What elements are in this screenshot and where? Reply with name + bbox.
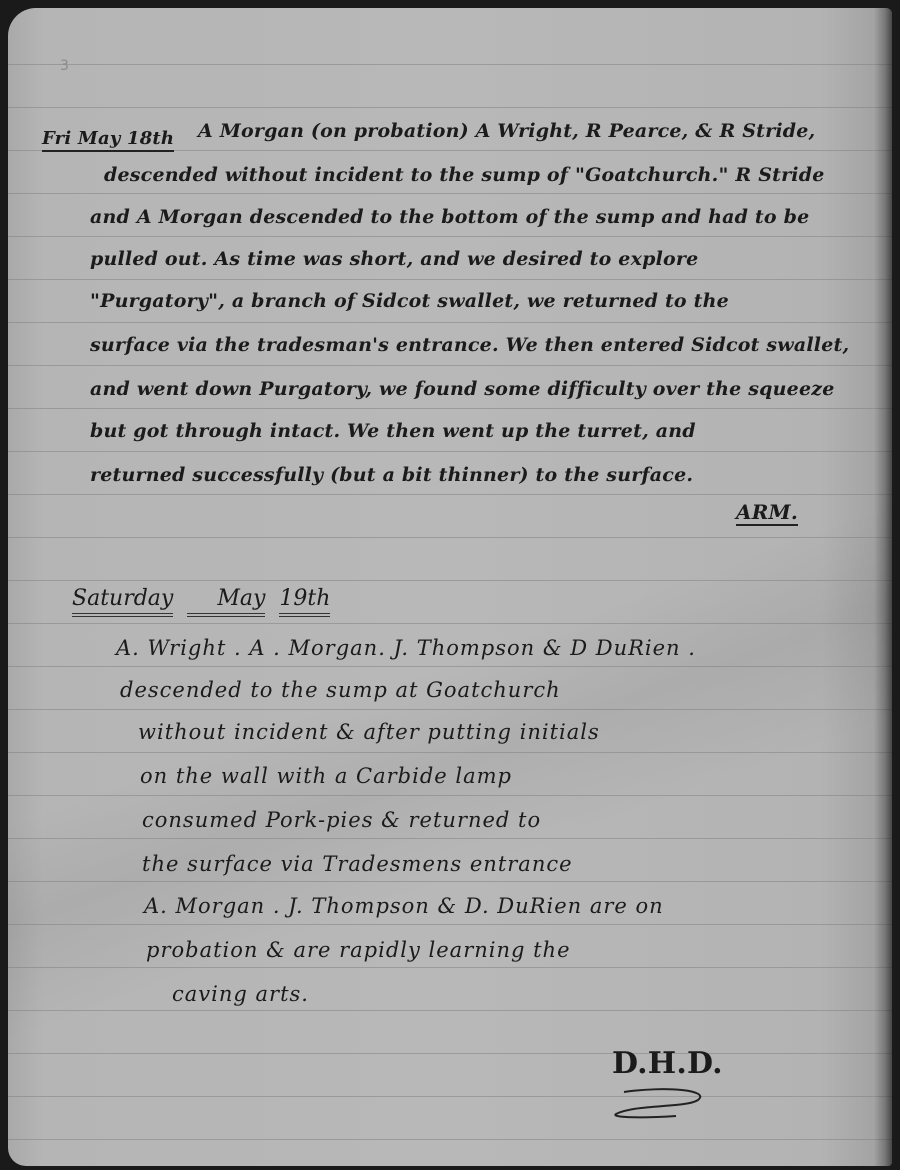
entry-2-line-4: on the wall with a Carbide lamp — [140, 764, 512, 788]
entry-2-line-1: A. Wright . A . Morgan. J. Thompson & D … — [116, 636, 696, 660]
entry-1-date: Fri May 18th — [42, 128, 174, 152]
entry-2-line-3: without incident & after putting initial… — [138, 720, 600, 744]
entry-2-line-7: A. Morgan . J. Thompson & D. DuRien are … — [144, 894, 664, 918]
entry-1-line-6: surface via the tradesman's entrance. We… — [90, 334, 849, 356]
entry-1-line-9: returned successfully (but a bit thinner… — [90, 464, 693, 486]
entry-1-line-3: and A Morgan descended to the bottom of … — [90, 206, 809, 228]
notebook-page: 3 Fri May 18th A Morgan (on probation) A… — [8, 8, 892, 1166]
entry-1-line-4: pulled out. As time was short, and we de… — [90, 248, 698, 270]
entry-2-date: Saturday May 19th — [72, 586, 330, 617]
entry-2-line-9: caving arts. — [172, 982, 309, 1006]
entry-2-date-month: May — [187, 586, 265, 617]
entry-1-line-5: "Purgatory", a branch of Sidcot swallet,… — [90, 290, 729, 312]
page-edge-shadow — [874, 8, 892, 1166]
entry-1-line-8: but got through intact. We then went up … — [90, 420, 696, 442]
entry-2-line-5: consumed Pork-pies & returned to — [142, 808, 541, 832]
entry-2-date-day: Saturday — [72, 586, 173, 617]
entry-1-signature: ARM. — [736, 500, 798, 526]
page-number: 3 — [60, 58, 69, 74]
entry-2-date-number: 19th — [279, 586, 330, 617]
entry-1-line-1: A Morgan (on probation) A Wright, R Pear… — [198, 120, 815, 142]
entry-1-line-2: descended without incident to the sump o… — [104, 164, 825, 186]
entry-2-line-8: probation & are rapidly learning the — [146, 938, 571, 962]
entry-2-line-2: descended to the sump at Goatchurch — [120, 678, 561, 702]
entry-2-signature: D.H.D. — [612, 1046, 723, 1081]
entry-1-line-7: and went down Purgatory, we found some d… — [90, 378, 835, 400]
signature-flourish-icon — [606, 1086, 716, 1120]
entry-2-line-6: the surface via Tradesmens entrance — [142, 852, 573, 876]
